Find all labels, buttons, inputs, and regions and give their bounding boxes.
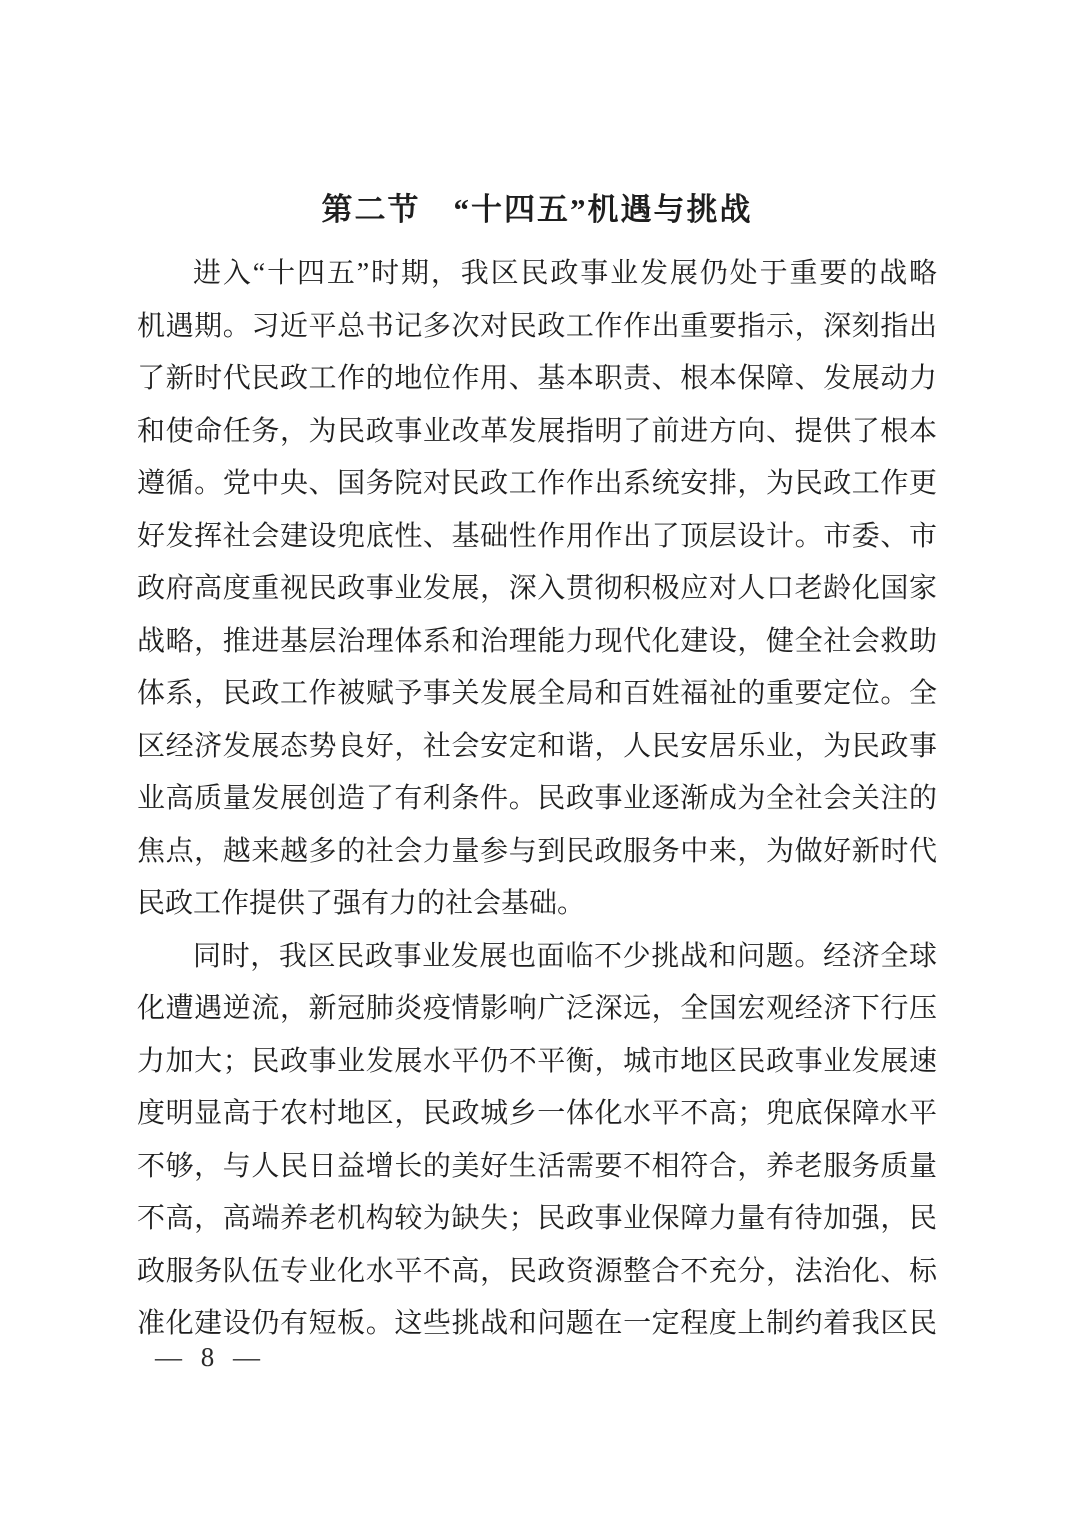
text-line: 区经济发展态势良好，社会安定和谐，人民安居乐业，为民政事 — [137, 721, 937, 774]
text-line: 好发挥社会建设兜底性、基础性作用作出了顶层设计。市委、市 — [137, 511, 937, 564]
text-line: 和使命任务，为民政事业改革发展指明了前进方向、提供了根本 — [137, 406, 937, 459]
text-line: 政府高度重视民政事业发展，深入贯彻积极应对人口老龄化国家 — [137, 563, 937, 616]
text-line: 同时，我区民政事业发展也面临不少挑战和问题。经济全球 — [137, 931, 937, 984]
text-line: 了新时代民政工作的地位作用、基本职责、根本保障、发展动力 — [137, 353, 937, 406]
text-line: 力加大；民政事业发展水平仍不平衡，城市地区民政事业发展速 — [137, 1036, 937, 1089]
document-content: 第二节 “十四五”机遇与挑战 进入“十四五”时期，我区民政事业发展仍处于重要的战… — [137, 190, 937, 1351]
text-line: 不高，高端养老机构较为缺失；民政事业保障力量有待加强，民 — [137, 1193, 937, 1246]
document-page: 第二节 “十四五”机遇与挑战 进入“十四五”时期，我区民政事业发展仍处于重要的战… — [0, 0, 1074, 1520]
page-number: — 8 — — [155, 1342, 266, 1373]
text-line: 焦点，越来越多的社会力量参与到民政服务中来，为做好新时代 — [137, 826, 937, 879]
text-line: 机遇期。习近平总书记多次对民政工作作出重要指示，深刻指出 — [137, 301, 937, 354]
text-line: 业高质量发展创造了有利条件。民政事业逐渐成为全社会关注的 — [137, 773, 937, 826]
text-line: 度明显高于农村地区，民政城乡一体化水平不高；兜底保障水平 — [137, 1088, 937, 1141]
text-line: 进入“十四五”时期，我区民政事业发展仍处于重要的战略 — [137, 248, 937, 301]
text-line: 体系，民政工作被赋予事关发展全局和百姓福祉的重要定位。全 — [137, 668, 937, 721]
section-title: 第二节 “十四五”机遇与挑战 — [137, 190, 937, 248]
text-line: 遵循。党中央、国务院对民政工作作出系统安排，为民政工作更 — [137, 458, 937, 511]
paragraph: 进入“十四五”时期，我区民政事业发展仍处于重要的战略机遇期。习近平总书记多次对民… — [137, 248, 937, 931]
text-line: 政服务队伍专业化水平不高，民政资源整合不充分，法治化、标 — [137, 1246, 937, 1299]
text-line: 战略，推进基层治理体系和治理能力现代化建设，健全社会救助 — [137, 616, 937, 669]
paragraph: 同时，我区民政事业发展也面临不少挑战和问题。经济全球化遭遇逆流，新冠肺炎疫情影响… — [137, 931, 937, 1351]
text-line: 民政工作提供了强有力的社会基础。 — [137, 878, 937, 931]
body-text: 进入“十四五”时期，我区民政事业发展仍处于重要的战略机遇期。习近平总书记多次对民… — [137, 248, 937, 1351]
text-line: 不够，与人民日益增长的美好生活需要不相符合，养老服务质量 — [137, 1141, 937, 1194]
text-line: 化遭遇逆流，新冠肺炎疫情影响广泛深远，全国宏观经济下行压 — [137, 983, 937, 1036]
